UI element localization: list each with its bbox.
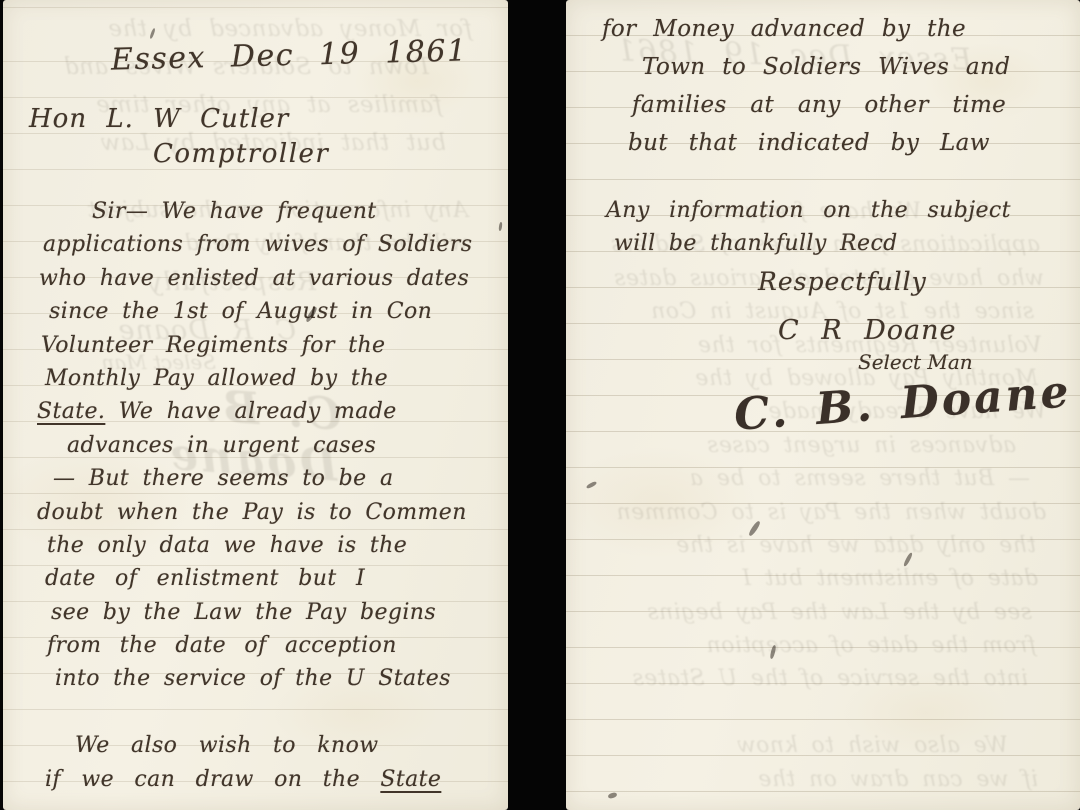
recipient-name: Hon L. W Cutler xyxy=(29,104,289,134)
letter-line: families at any other time xyxy=(632,92,1070,130)
letter-page-right: Essex Dec 19 1861 Sir— We have frequent … xyxy=(566,0,1080,810)
underlined-word: State. xyxy=(37,399,105,424)
letter-line: who have enlisted at various dates xyxy=(39,266,494,299)
letter-line: Monthly Pay allowed by the xyxy=(45,366,494,399)
letter-body-left: Sir— We have frequent applications from … xyxy=(37,199,494,800)
letter-line: into the service of the U States xyxy=(55,666,494,699)
letter-line: We also wish to know xyxy=(75,733,494,766)
letter-line: doubt when the Pay is to Commen xyxy=(37,500,494,533)
letter-line: applications from wives of Soldiers xyxy=(43,232,494,265)
photo-background: for Money advanced by the Town to Soldie… xyxy=(0,0,1080,810)
letter-line: see by the Law the Pay begins xyxy=(51,600,494,633)
signature-title: Select Man xyxy=(858,350,973,374)
signature-flourish: C. B. Doane xyxy=(733,366,1073,440)
signature-name: C R Doane xyxy=(778,315,957,346)
underlined-word: State xyxy=(380,767,441,792)
letter-line: — But there seems to be a xyxy=(53,466,494,499)
letter-line: State. We have already made xyxy=(37,399,494,432)
letter-line: Town to Soldiers Wives and xyxy=(642,54,1070,92)
request-block: Any information on the subject will be t… xyxy=(606,198,1011,264)
letter-line: if we can draw on the State xyxy=(45,767,494,800)
letter-line: advances in urgent cases xyxy=(67,433,494,466)
letter-body-right: for Money advanced by the Town to Soldie… xyxy=(602,16,1070,168)
letter-line: Sir— We have frequent xyxy=(92,199,494,232)
recipient-title: Comptroller xyxy=(153,139,329,169)
letter-line: Any information on the subject xyxy=(606,198,1011,231)
letter-page-left: for Money advanced by the Town to Soldie… xyxy=(3,0,508,810)
letter-line: Volunteer Regiments for the xyxy=(41,333,494,366)
letter-line: for Money advanced by the xyxy=(602,16,1070,54)
letter-line: since the 1st of August in Con xyxy=(49,299,494,332)
letter-line: will be thankfully Recd xyxy=(614,231,1011,264)
closing-respectfully: Respectfully xyxy=(758,267,927,296)
letter-line: date of enlistment but I xyxy=(45,566,494,599)
letter-line-blank xyxy=(37,700,494,733)
letter-line: from the date of acception xyxy=(47,633,494,666)
letter-line: but that indicated by Law xyxy=(628,130,1070,168)
dateline: Essex Dec 19 1861 xyxy=(111,33,468,77)
letter-line: the only data we have is the xyxy=(47,533,494,566)
